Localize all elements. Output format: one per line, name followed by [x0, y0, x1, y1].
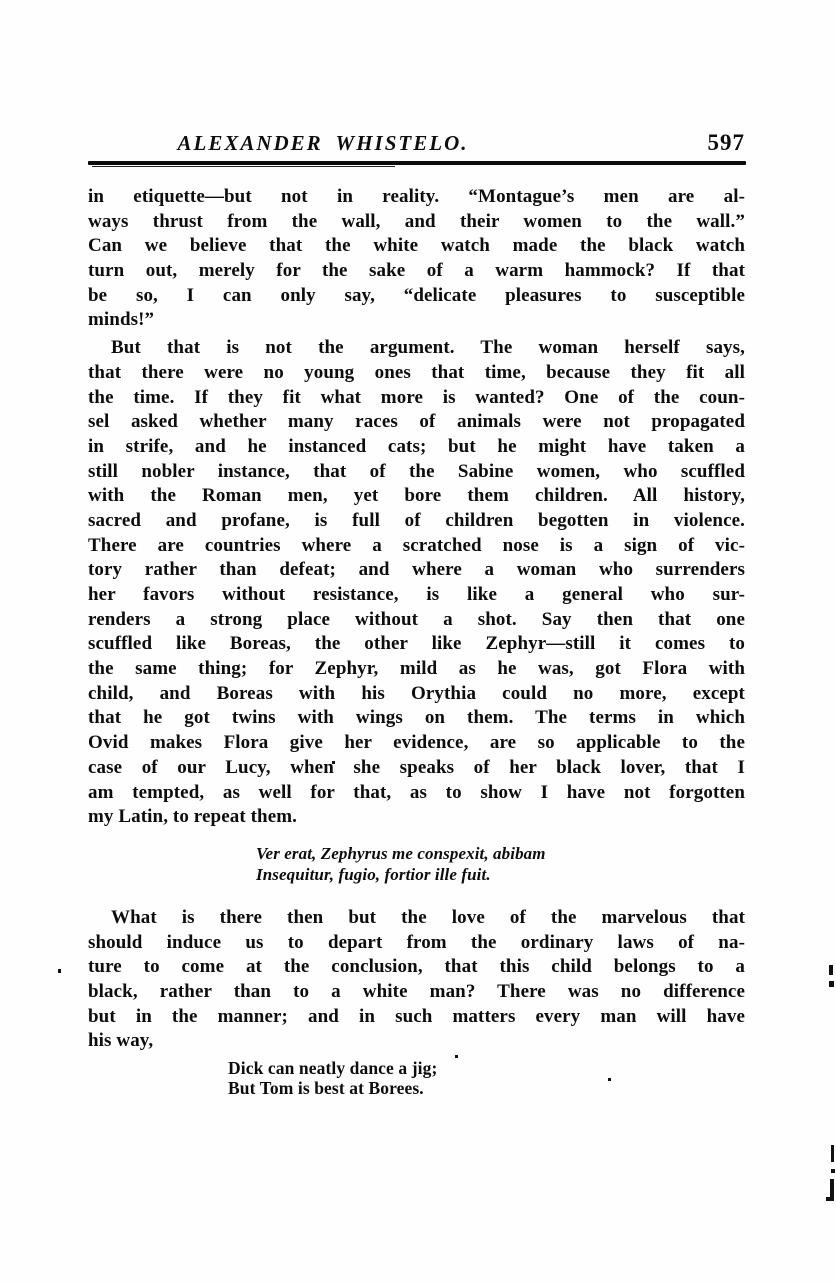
text-line: should induce us to depart from the ordi…	[88, 931, 745, 956]
scan-artifact	[831, 1145, 834, 1162]
text-line: the same thing; for Zephyr, mild as he w…	[88, 657, 745, 682]
text-line: What is there then but the love of the m…	[88, 906, 745, 931]
text-line: sacred and profane, is full of children …	[88, 509, 745, 534]
text-line: There are countries where a scratched no…	[88, 534, 745, 559]
book-page: ALEXANDER WHISTELO. 597 in etiquette—but…	[0, 0, 836, 1284]
header-rule	[88, 161, 746, 165]
scan-artifact	[332, 761, 335, 764]
text-line: But Tom is best at Borees.	[228, 1078, 745, 1098]
text-line: in strife, and he instanced cats; but he…	[88, 435, 745, 460]
text-line: still nobler instance, that of the Sabin…	[88, 460, 745, 485]
text-line: black, rather than to a white man? There…	[88, 980, 745, 1005]
text-line: but in the manner; and in such matters e…	[88, 1005, 745, 1030]
text-line: that he got twins with wings on them. Th…	[88, 706, 745, 731]
text-line: my Latin, to repeat them.	[88, 805, 745, 830]
paragraph-continuation: in etiquette—but not in reality. “Montag…	[88, 185, 745, 333]
page-title: ALEXANDER WHISTELO.	[88, 131, 558, 156]
scan-artifact	[829, 965, 833, 975]
text-line: ture to come at the conclusion, that thi…	[88, 955, 745, 980]
text-block: in etiquette—but not in reality. “Montag…	[88, 185, 745, 1098]
text-line: her favors without resistance, is like a…	[88, 583, 745, 608]
paragraph-conclusion: What is there then but the love of the m…	[88, 906, 745, 1054]
text-line: ways thrust from the wall, and their wom…	[88, 210, 745, 235]
closing-verse: Dick can neatly dance a jig;But Tom is b…	[228, 1058, 745, 1098]
latin-verse: Ver erat, Zephyrus me conspexit, abibamI…	[256, 843, 745, 885]
text-line: Can we believe that the white watch made…	[88, 234, 745, 259]
text-line: am tempted, as well for that, as to show…	[88, 781, 745, 806]
scan-artifact	[831, 1169, 835, 1173]
text-line: be so, I can only say, “delicate pleasur…	[88, 284, 745, 309]
text-line: sel asked whether many races of animals …	[88, 410, 745, 435]
text-line: with the Roman men, yet bore them childr…	[88, 484, 745, 509]
page-number: 597	[708, 130, 746, 156]
scan-artifact	[608, 1078, 611, 1081]
text-line: But that is not the argument. The woman …	[88, 336, 745, 361]
text-line: his way,	[88, 1029, 745, 1054]
text-line: the time. If they fit what more is wante…	[88, 386, 745, 411]
text-line: case of our Lucy, when she speaks of her…	[88, 756, 745, 781]
text-line: tory rather than defeat; and where a wom…	[88, 558, 745, 583]
text-line: that there were no young ones that time,…	[88, 361, 745, 386]
text-line: child, and Boreas with his Orythia could…	[88, 682, 745, 707]
text-line: scuffled like Boreas, the other like Zep…	[88, 632, 745, 657]
text-line: Ovid makes Flora give her evidence, are …	[88, 731, 745, 756]
text-line: turn out, merely for the sake of a warm …	[88, 259, 745, 284]
text-line: renders a strong place without a shot. S…	[88, 608, 745, 633]
text-line: Insequitur, fugio, fortior ille fuit.	[256, 864, 745, 885]
text-line: Ver erat, Zephyrus me conspexit, abibam	[256, 843, 745, 864]
text-line: minds!”	[88, 308, 745, 333]
scan-artifact	[455, 1055, 458, 1058]
text-line: Dick can neatly dance a jig;	[228, 1058, 745, 1078]
scan-artifact	[829, 981, 834, 987]
scan-artifact	[826, 1197, 834, 1201]
text-line: in etiquette—but not in reality. “Montag…	[88, 185, 745, 210]
scan-artifact	[58, 969, 61, 973]
paragraph-argument: But that is not the argument. The woman …	[88, 336, 745, 830]
